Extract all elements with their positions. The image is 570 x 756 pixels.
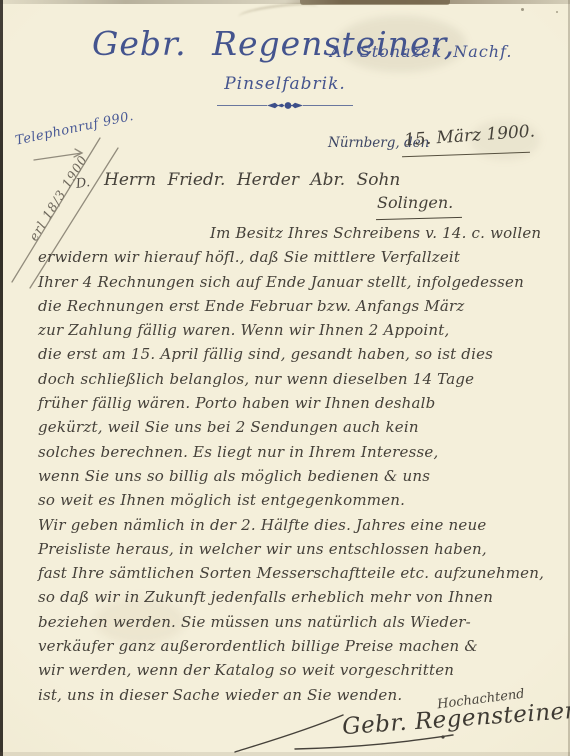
handwriting-line: verkäufer ganz außerordentlich billige P… — [38, 637, 566, 661]
letterhead-successor-name: A. Stonazek Nachf. — [330, 42, 513, 61]
ornament-divider-icon — [215, 98, 355, 112]
handwriting-line: so daß wir in Zukunft jedenfalls erhebli… — [38, 588, 566, 612]
handwriting-line: Preisliste heraus, in welcher wir uns en… — [38, 540, 566, 564]
handwriting-line: gekürzt, weil Sie uns bei 2 Sendungen au… — [38, 418, 566, 442]
handwriting-line: die Rechnungen erst Ende Februar bzw. An… — [38, 297, 566, 321]
handwriting-line: Wir geben nämlich in der 2. Hälfte dies.… — [38, 516, 566, 540]
handwriting-line: beziehen werden. Sie müssen uns natürlic… — [38, 613, 566, 637]
handwriting-line: die erst am 15. April fällig sind, gesan… — [38, 345, 566, 369]
handwriting-line: wir werden, wenn der Katalog so weit vor… — [38, 661, 566, 685]
paper-speck — [556, 11, 558, 13]
handwriting-line: erwidern wir hierauf höfl., daß Sie mitt… — [38, 248, 566, 272]
scan-edge-left — [0, 0, 3, 756]
recipient-name: Herrn Friedr. Herder Abr. Sohn — [104, 170, 400, 190]
signature-flourish — [225, 705, 555, 756]
letterhead-business-type: Pinselfabrik. — [0, 74, 570, 94]
recipient-city-underline — [376, 217, 462, 220]
file-mark: D. — [75, 175, 91, 192]
handwriting-line: doch schließlich belanglos, nur wenn die… — [38, 370, 566, 394]
recipient-city: Solingen. — [377, 193, 453, 212]
handwriting-line: so weit es Ihnen möglich ist entgegenkom… — [38, 491, 566, 515]
letter-body: Im Besitz Ihres Schreibens v. 14. c. wol… — [38, 224, 566, 710]
paper-speck — [521, 8, 524, 11]
handwriting-line: Ihrer 4 Rechnungen sich auf Ende Januar … — [38, 273, 566, 297]
handwriting-line: wenn Sie uns so billig als möglich bedie… — [38, 467, 566, 491]
handwriting-line: Im Besitz Ihres Schreibens v. 14. c. wol… — [38, 224, 566, 248]
handwriting-line: zur Zahlung fällig waren. Wenn wir Ihnen… — [38, 321, 566, 345]
handwriting-line: fast Ihre sämtlichen Sorten Messerschaft… — [38, 564, 566, 588]
handwriting-line: früher fällig wären. Porto haben wir Ihn… — [38, 394, 566, 418]
handwriting-line: solches berechnen. Es liegt nur in Ihrem… — [38, 443, 566, 467]
scan-edge-smudge — [300, 0, 450, 5]
letter-scan: Gebr. Regensteiner, A. Stonazek Nachf. P… — [0, 0, 570, 756]
